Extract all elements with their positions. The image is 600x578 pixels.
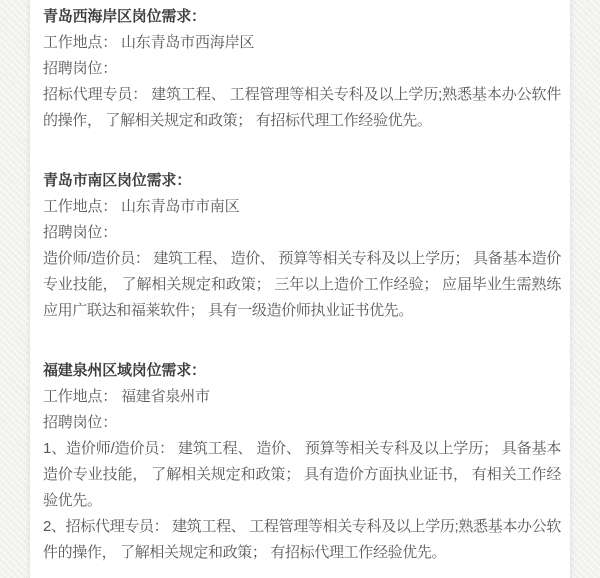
position-desc: 招标代理专员： 建筑工程、 工程管理等相关专科及以上学历;熟悉基本办公软件的操作… bbox=[43, 82, 561, 134]
job-posting-page: { "theme": { "page_bg": "#f2f1ee", "card… bbox=[0, 0, 600, 578]
section-qingdao-shinan: 青岛市南区岗位需求： 工作地点： 山东青岛市市南区 招聘岗位： 造价师/造价员：… bbox=[43, 168, 561, 324]
recruit-label: 招聘岗位： bbox=[43, 220, 561, 246]
position-desc: 1、造价师/造价员： 建筑工程、 造价、 预算等相关专科及以上学历； 具备基本造… bbox=[43, 436, 561, 514]
section-heading: 青岛西海岸区岗位需求： bbox=[43, 4, 561, 30]
position-desc: 2、招标代理专员： 建筑工程、 工程管理等相关专科及以上学历;熟悉基本办公软件的… bbox=[43, 514, 561, 566]
work-location: 工作地点： 山东青岛市西海岸区 bbox=[43, 30, 561, 56]
recruit-label: 招聘岗位： bbox=[43, 56, 561, 82]
recruit-label: 招聘岗位： bbox=[43, 410, 561, 436]
section-heading: 青岛市南区岗位需求： bbox=[43, 168, 561, 194]
work-location: 工作地点： 山东青岛市市南区 bbox=[43, 194, 561, 220]
content-card: 青岛西海岸区岗位需求： 工作地点： 山东青岛市西海岸区 招聘岗位： 招标代理专员… bbox=[29, 0, 571, 578]
section-fujian-quanzhou: 福建泉州区域岗位需求： 工作地点： 福建省泉州市 招聘岗位： 1、造价师/造价员… bbox=[43, 358, 561, 566]
section-heading: 福建泉州区域岗位需求： bbox=[43, 358, 561, 384]
position-desc: 造价师/造价员： 建筑工程、 造价、 预算等相关专科及以上学历； 具备基本造价专… bbox=[43, 246, 561, 324]
work-location: 工作地点： 福建省泉州市 bbox=[43, 384, 561, 410]
section-qingdao-west-coast: 青岛西海岸区岗位需求： 工作地点： 山东青岛市西海岸区 招聘岗位： 招标代理专员… bbox=[43, 4, 561, 134]
